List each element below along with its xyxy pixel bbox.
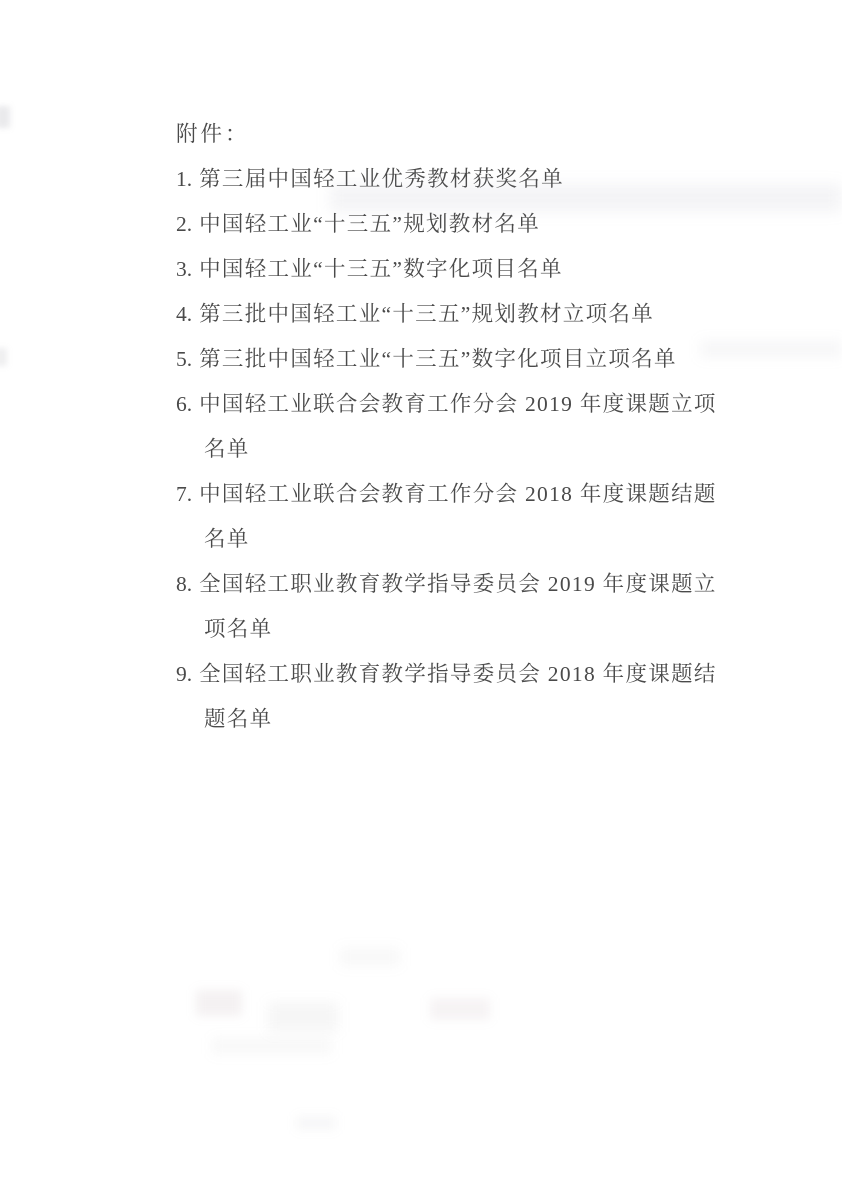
item-number: 1. xyxy=(176,157,192,202)
item-text: 中国轻工业“十三五”数字化项目名单 xyxy=(199,257,563,281)
item-text-continuation: 项名单 xyxy=(176,607,717,652)
scan-artifact xyxy=(700,340,842,358)
list-item: 2.中国轻工业“十三五”规划教材名单 xyxy=(176,202,717,247)
scan-artifact xyxy=(0,348,7,366)
item-text: 中国轻工业联合会教育工作分会 2018 年度课题结题 xyxy=(199,482,717,506)
item-number: 2. xyxy=(176,202,192,247)
item-line: 9.全国轻工职业教育教学指导委员会 2018 年度课题结 xyxy=(176,652,717,697)
attachment-list: 附件： 1.第三届中国轻工业优秀教材获奖名单 2.中国轻工业“十三五”规划教材名… xyxy=(176,112,717,742)
item-number: 3. xyxy=(176,247,192,292)
scan-artifact xyxy=(296,1116,336,1130)
item-text: 第三批中国轻工业“十三五”数字化项目立项名单 xyxy=(199,347,677,371)
list-item: 6.中国轻工业联合会教育工作分会 2019 年度课题立项 名单 xyxy=(176,382,717,472)
scan-artifact xyxy=(430,998,490,1020)
list-item: 9.全国轻工职业教育教学指导委员会 2018 年度课题结 题名单 xyxy=(176,652,717,742)
list-item: 8.全国轻工职业教育教学指导委员会 2019 年度课题立 项名单 xyxy=(176,562,717,652)
item-line: 2.中国轻工业“十三五”规划教材名单 xyxy=(176,202,717,247)
item-number: 7. xyxy=(176,472,192,517)
item-text: 全国轻工职业教育教学指导委员会 2018 年度课题结 xyxy=(199,662,717,686)
item-text: 第三批中国轻工业“十三五”规划教材立项名单 xyxy=(199,302,654,326)
item-number: 6. xyxy=(176,382,192,427)
item-line: 5.第三批中国轻工业“十三五”数字化项目立项名单 xyxy=(176,337,717,382)
item-line: 3.中国轻工业“十三五”数字化项目名单 xyxy=(176,247,717,292)
item-text: 全国轻工职业教育教学指导委员会 2019 年度课题立 xyxy=(199,572,717,596)
list-item: 4.第三批中国轻工业“十三五”规划教材立项名单 xyxy=(176,292,717,337)
item-text-continuation: 名单 xyxy=(176,517,717,562)
scan-artifact xyxy=(340,948,400,966)
item-text: 中国轻工业联合会教育工作分会 2019 年度课题立项 xyxy=(199,392,717,416)
attachments-heading: 附件： xyxy=(176,112,717,157)
list-item: 3.中国轻工业“十三五”数字化项目名单 xyxy=(176,247,717,292)
item-number: 5. xyxy=(176,337,192,382)
list-item: 7.中国轻工业联合会教育工作分会 2018 年度课题结题 名单 xyxy=(176,472,717,562)
scan-artifact xyxy=(196,990,242,1016)
item-text-continuation: 题名单 xyxy=(176,697,717,742)
item-line: 6.中国轻工业联合会教育工作分会 2019 年度课题立项 xyxy=(176,382,717,427)
list-item: 1.第三届中国轻工业优秀教材获奖名单 xyxy=(176,157,717,202)
item-line: 1.第三届中国轻工业优秀教材获奖名单 xyxy=(176,157,717,202)
item-number: 8. xyxy=(176,562,192,607)
item-text: 第三届中国轻工业优秀教材获奖名单 xyxy=(199,167,564,191)
item-text: 中国轻工业“十三五”规划教材名单 xyxy=(199,212,540,236)
scan-artifact xyxy=(0,106,10,128)
document-page: 附件： 1.第三届中国轻工业优秀教材获奖名单 2.中国轻工业“十三五”规划教材名… xyxy=(0,0,842,1189)
item-text-continuation: 名单 xyxy=(176,427,717,472)
list-item: 5.第三批中国轻工业“十三五”数字化项目立项名单 xyxy=(176,337,717,382)
item-number: 4. xyxy=(176,292,192,337)
item-line: 4.第三批中国轻工业“十三五”规划教材立项名单 xyxy=(176,292,717,337)
scan-artifact xyxy=(212,1038,332,1054)
scan-artifact xyxy=(268,1002,338,1032)
item-line: 8.全国轻工职业教育教学指导委员会 2019 年度课题立 xyxy=(176,562,717,607)
item-line: 7.中国轻工业联合会教育工作分会 2018 年度课题结题 xyxy=(176,472,717,517)
item-number: 9. xyxy=(176,652,192,697)
